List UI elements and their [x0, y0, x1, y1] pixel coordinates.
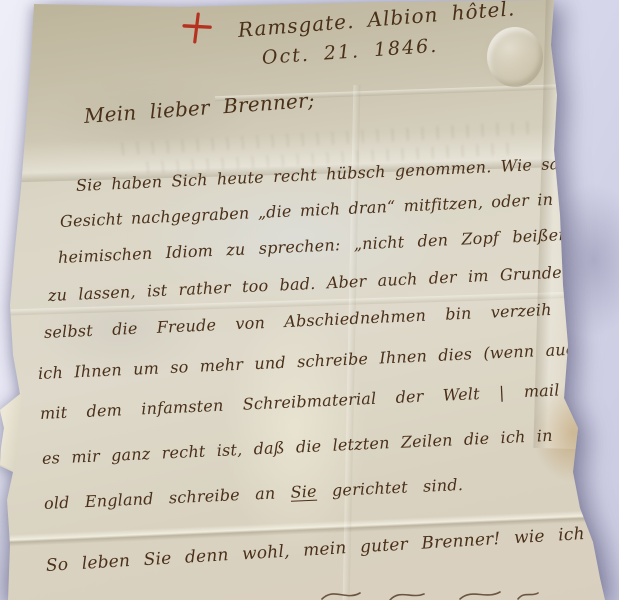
- letter-paper-shadow: Ramsgate. Albion hôtel. Oct. 21. 1846. M…: [0, 0, 619, 600]
- body-line-8: es mir ganz recht ist, daß die letzten Z…: [42, 426, 553, 468]
- closing-line: So leben Sie denn wohl, mein guter Brenn…: [45, 524, 585, 576]
- letter-paper: Ramsgate. Albion hôtel. Oct. 21. 1846. M…: [0, 0, 619, 600]
- body-line-1: Sie haben Sich heute recht hübsch genomm…: [76, 152, 611, 195]
- body-line-3: heimischen Idiom zu sprechen: „nicht den…: [58, 224, 578, 267]
- body-line-2: Gesicht nachgegraben „die mich dran“ mit…: [60, 186, 619, 231]
- red-cross-icon: [180, 11, 214, 45]
- body-line-9-pre: old England schreibe an: [44, 484, 276, 513]
- body-line-7: mit dem infamsten Schreibmaterial der We…: [40, 380, 560, 423]
- clipped-next-line-strokes: [320, 585, 540, 600]
- photo-of-letter: Ramsgate. Albion hôtel. Oct. 21. 1846. M…: [0, 0, 619, 600]
- heading-place: Ramsgate. Albion hôtel.: [237, 0, 516, 42]
- body-line-6: ich Ihnen um so mehr und schreibe Ihnen …: [38, 339, 586, 383]
- body-line-9-post: gerichtet sind.: [316, 475, 463, 501]
- heading-date: Oct. 21. 1846.: [261, 35, 439, 69]
- body-line-9: old England schreibe an Sie gerichtet si…: [44, 475, 464, 513]
- body-line-5: selbst die Freude von Abschiednehmen bin…: [44, 300, 552, 342]
- body-line-9-underlined-word: Sie: [290, 482, 317, 502]
- ink-bleedthrough: [115, 121, 535, 156]
- salutation: Mein lieber Brenner;: [83, 88, 315, 128]
- torn-paper-flap: [0, 389, 27, 471]
- embossed-seal: [487, 27, 543, 87]
- red-cross-mark: [180, 11, 214, 45]
- body-line-4: zu lassen, ist rather too bad. Aber auch…: [48, 263, 563, 305]
